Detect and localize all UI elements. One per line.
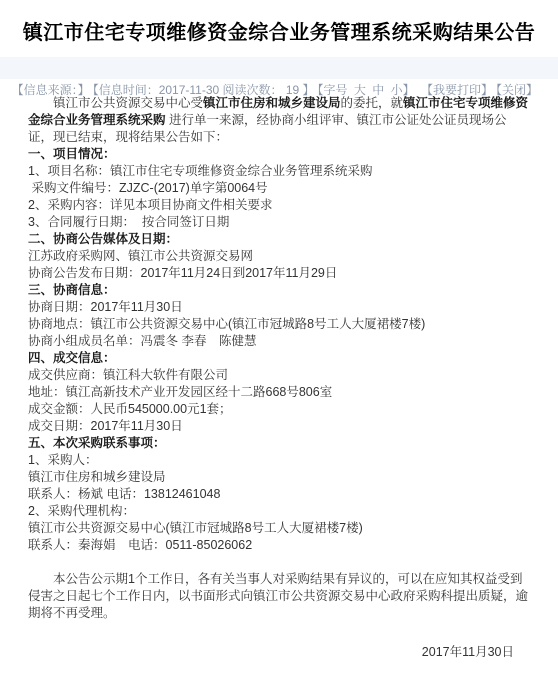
body-line: 成交供应商：镇江科大软件有限公司 bbox=[28, 367, 530, 384]
body-line: 3、合同履行日期： 按合同签订日期 bbox=[28, 214, 530, 231]
body-line: 联系人：秦海娟 电话：0511-85026062 bbox=[28, 537, 530, 554]
intro-text: 的委托，就 bbox=[341, 96, 404, 110]
body-line: 2、采购代理机构： bbox=[28, 503, 530, 520]
body-line: 1、项目名称：镇江市住宅专项维修资金综合业务管理系统采购 bbox=[28, 163, 530, 180]
body-line: 协商小组成员名单：冯震冬 李春 陈健慧 bbox=[28, 333, 530, 350]
body-line: 镇江市公共资源交易中心(镇江市冠城路8号工人大厦裙楼7楼) bbox=[28, 520, 530, 537]
body-line: 协商日期：2017年11月30日 bbox=[28, 299, 530, 316]
announcement-date: 2017年11月30日 bbox=[28, 644, 530, 661]
body-line: 联系人：杨斌 电话：13812461048 bbox=[28, 486, 530, 503]
closing-paragraph: 本公告公示期1个工作日，各有关当事人对采购结果有异议的，可以在应知其权益受到 侵… bbox=[28, 571, 530, 622]
section-heading-project: 一、项目情况： bbox=[28, 146, 530, 163]
body-line: 采购文件编号：ZJZC-(2017)单字第0064号 bbox=[28, 180, 530, 197]
section-heading-contacts: 五、本次采购联系事项： bbox=[28, 435, 530, 452]
body-line: 成交金额：人民币545000.00元1套； bbox=[28, 401, 530, 418]
body-line: 协商地点：镇江市公共资源交易中心(镇江市冠城路8号工人大厦裙楼7楼) bbox=[28, 316, 530, 333]
section-heading-award: 四、成交信息： bbox=[28, 350, 530, 367]
body-line: 成交日期：2017年11月30日 bbox=[28, 418, 530, 435]
intro-text: 镇江市公共资源交易中心受 bbox=[53, 96, 203, 110]
page-title: 镇江市住宅专项维修资金综合业务管理系统采购结果公告 bbox=[0, 16, 558, 45]
body-line: 江苏政府采购网、镇江市公共资源交易网 bbox=[28, 248, 530, 265]
buyer-name-bold: 镇江市住房和城乡建设局 bbox=[203, 96, 341, 110]
announcement-body: 镇江市公共资源交易中心受镇江市住房和城乡建设局的委托，就镇江市住宅专项维修资金综… bbox=[0, 95, 558, 661]
body-line: 协商公告发布日期：2017年11月24日到2017年11月29日 bbox=[28, 265, 530, 282]
section-heading-negotiation: 三、协商信息： bbox=[28, 282, 530, 299]
body-line: 镇江市住房和城乡建设局 bbox=[28, 469, 530, 486]
info-bar: 【信息来源：】【信息时间：2017-11-30 阅读次数： 19 】【字号 大 … bbox=[0, 57, 558, 79]
section-heading-media: 二、协商公告媒体及日期： bbox=[28, 231, 530, 248]
body-line: 1、采购人： bbox=[28, 452, 530, 469]
body-line: 地址：镇江高新技术产业开发园区经十二路668号806室 bbox=[28, 384, 530, 401]
body-line: 2、采购内容：详见本项目协商文件相关要求 bbox=[28, 197, 530, 214]
intro-paragraph: 镇江市公共资源交易中心受镇江市住房和城乡建设局的委托，就镇江市住宅专项维修资金综… bbox=[28, 95, 530, 146]
